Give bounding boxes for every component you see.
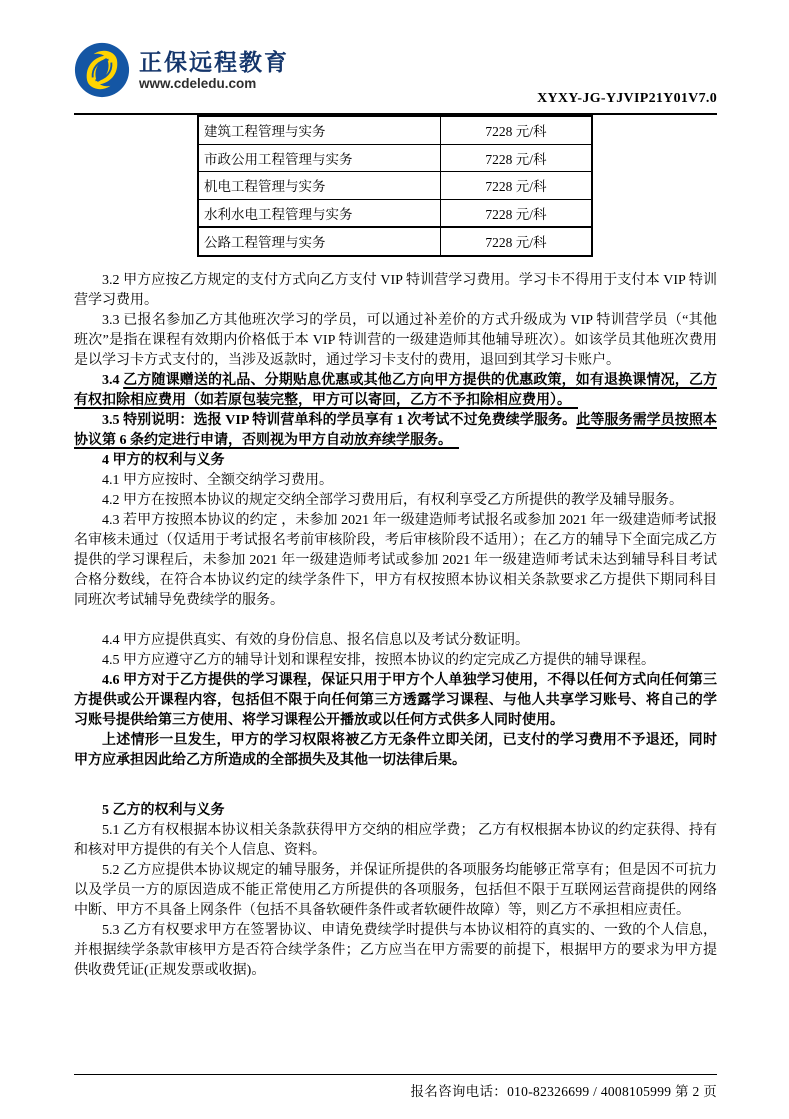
text-run: 3.2 甲方应按乙方规定的支付方式向乙方支付 VIP 特训营学习费用。学习卡不得… [74, 273, 717, 308]
clause-3-2: 3.2 甲方应按乙方规定的支付方式向乙方支付 VIP 特训营学习费用。学习卡不得… [74, 271, 717, 311]
table-row: 机电工程管理与实务7228 元/科 [198, 172, 592, 200]
clause-3-4: 3.4 乙方随课赠送的礼品、分期贴息优惠或其他乙方向甲方提供的优惠政策，如有退换… [74, 371, 717, 411]
brand-text: 正保远程教育 www.cdeledu.com [139, 49, 289, 92]
course-price-cell: 7228 元/科 [441, 199, 593, 227]
text-run: 5.2 乙方应提供本协议规定的辅导服务，并保证所提供的各项服务均能够正常享有；但… [74, 863, 717, 918]
table-row: 公路工程管理与实务7228 元/科 [198, 227, 592, 256]
clause-5-3: 5.3 乙方有权要求甲方在签署协议、申请免费续学时提供与本协议相符的真实的、一致… [74, 921, 717, 981]
text-run: 乙方随课赠送的礼品、分期贴息优惠或其他乙方向甲方提供的优惠政策，如有退换课情况，… [74, 373, 717, 408]
course-price-table: 建筑工程管理与实务7228 元/科市政公用工程管理与实务7228 元/科机电工程… [197, 115, 593, 257]
text-run: 5 乙方的权利与义务 [102, 803, 225, 818]
clause-5-1: 5.1 乙方有权根据本协议相关条款获得甲方交纳的相应学费； 乙方有权根据本协议的… [74, 821, 717, 861]
clause-3-3: 3.3 已报名参加乙方其他班次学习的学员，可以通过补差价的方式升级成为 VIP … [74, 311, 717, 371]
brand-url: www.cdeledu.com [139, 76, 289, 92]
contract-body: 3.2 甲方应按乙方规定的支付方式向乙方支付 VIP 特训营学习费用。学习卡不得… [74, 271, 717, 981]
document-code: XYXY-JG-YJVIP21Y01V7.0 [537, 91, 717, 107]
course-price-cell: 7228 元/科 [441, 227, 593, 256]
section-4-heading: 4 甲方的权利与义务 [74, 451, 717, 471]
table-row: 市政公用工程管理与实务7228 元/科 [198, 144, 592, 172]
table-row: 建筑工程管理与实务7228 元/科 [198, 116, 592, 144]
course-table-body: 建筑工程管理与实务7228 元/科市政公用工程管理与实务7228 元/科机电工程… [198, 116, 592, 256]
text-run: 5.1 乙方有权根据本协议相关条款获得甲方交纳的相应学费； 乙方有权根据本协议的… [74, 823, 717, 858]
text-run: 4.3 若甲方按照本协议的约定 ，未参加 2021 年一级建造师考试报名或参加 … [74, 513, 717, 608]
table-row: 水利水电工程管理与实务7228 元/科 [198, 199, 592, 227]
text-run: 4.2 甲方在按照本协议的规定交纳全部学习费用后，有权利享受乙方所提供的教学及辅… [102, 493, 683, 508]
section-5-heading: 5 乙方的权利与义务 [74, 801, 717, 821]
clause-4-6: 4.6 甲方对于乙方提供的学习课程，保证只用于甲方个人单独学习使用，不得以任何方… [74, 671, 717, 731]
clause-4-3: 4.3 若甲方按照本协议的约定 ，未参加 2021 年一级建造师考试报名或参加 … [74, 511, 717, 611]
text-run: 4.5 甲方应遵守乙方的辅导计划和课程安排，按照本协议的约定完成乙方提供的辅导课… [102, 653, 655, 668]
clause-3-5: 3.5 特别说明：选报 VIP 特训营单科的学员享有 1 次考试不过免费续学服务… [74, 411, 717, 451]
course-price-cell: 7228 元/科 [441, 144, 593, 172]
blank-line [74, 771, 717, 791]
cdel-swirl-logo-icon [74, 42, 130, 98]
course-name-cell: 建筑工程管理与实务 [198, 116, 441, 144]
text-run: 3.5 特别说明：选报 VIP 特训营单科的学员享有 1 次考试不过免费续学服务… [102, 413, 576, 428]
text-run: 3.3 已报名参加乙方其他班次学习的学员，可以通过补差价的方式升级成为 VIP … [74, 313, 717, 368]
footer-rule [74, 1074, 717, 1075]
course-name-cell: 市政公用工程管理与实务 [198, 144, 441, 172]
course-price-cell: 7228 元/科 [441, 172, 593, 200]
clause-4-2: 4.2 甲方在按照本协议的规定交纳全部学习费用后，有权利享受乙方所提供的教学及辅… [74, 491, 717, 511]
text-run [445, 433, 459, 448]
contract-page: 正保远程教育 www.cdeledu.com XYXY-JG-YJVIP21Y0… [0, 0, 789, 1119]
course-name-cell: 水利水电工程管理与实务 [198, 199, 441, 227]
brand-header: 正保远程教育 www.cdeledu.com [74, 42, 289, 98]
course-name-cell: 机电工程管理与实务 [198, 172, 441, 200]
course-price-cell: 7228 元/科 [441, 116, 593, 144]
course-name-cell: 公路工程管理与实务 [198, 227, 441, 256]
brand-name: 正保远程教育 [139, 49, 289, 76]
footer-contact-page-number: 报名咨询电话：010-82326699 / 4008105999 第 2 页 [410, 1080, 717, 1100]
text-run: 4.1 甲方应按时、全额交纳学习费用。 [102, 473, 333, 488]
text-run: 4.4 甲方应提供真实、有效的身份信息、报名信息以及考试分数证明。 [102, 633, 529, 648]
text-run: 上述情形一旦发生，甲方的学习权限将被乙方无条件立即关闭，已支付的学习费用不予退还… [74, 733, 717, 768]
text-run [564, 393, 578, 408]
text-run: 4 甲方的权利与义务 [102, 453, 225, 468]
text-run: 5.3 乙方有权要求甲方在签署协议、申请免费续学时提供与本协议相符的真实的、一致… [74, 923, 717, 978]
text-run: 3.4 [102, 373, 123, 388]
text-run: 4.6 甲方对于乙方提供的学习课程，保证只用于甲方个人单独学习使用，不得以任何方… [74, 673, 717, 728]
blank-line [74, 611, 717, 631]
clause-4-6-consequence: 上述情形一旦发生，甲方的学习权限将被乙方无条件立即关闭，已支付的学习费用不予退还… [74, 731, 717, 771]
clause-5-2: 5.2 乙方应提供本协议规定的辅导服务，并保证所提供的各项服务均能够正常享有；但… [74, 861, 717, 921]
clause-4-4: 4.4 甲方应提供真实、有效的身份信息、报名信息以及考试分数证明。 [74, 631, 717, 651]
clause-4-5: 4.5 甲方应遵守乙方的辅导计划和课程安排，按照本协议的约定完成乙方提供的辅导课… [74, 651, 717, 671]
clause-4-1: 4.1 甲方应按时、全额交纳学习费用。 [74, 471, 717, 491]
